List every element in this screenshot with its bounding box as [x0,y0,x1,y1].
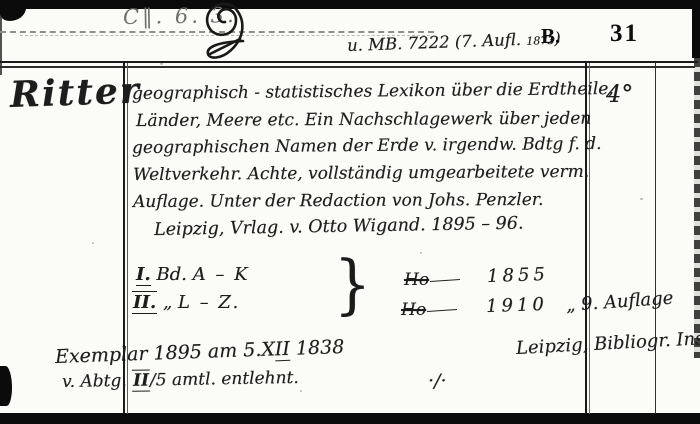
edition-token: Ho [404,270,429,290]
paper-speck [92,242,94,244]
volume-label: Bd. [156,264,186,285]
volume-row-1: I. Bd. A – K [136,264,250,285]
scan-edge-top [0,0,700,9]
flourish-stamp-icon [196,1,250,63]
scan-edge-right [694,58,700,358]
withdrawn-note: v. Abtg. II/5 amtl. entlehnt. [62,368,299,392]
series-letter: B. [541,24,560,49]
description-line: Weltverkehr. Achte, vollständig umgearbe… [133,162,589,185]
header-rule-upper [0,61,698,63]
catalog-card-scan: C‖. 6. 3. u. MB. 7222 (7. Aufl. 1873) B.… [0,0,700,424]
accession-note-text: u. MB. 7222 (7. Aufl. [347,30,522,55]
scan-blot-top-left [0,0,26,21]
volume-row-2: II. „ L – Z. [132,292,240,313]
scan-edge-bottom [0,413,700,424]
header-rule-lower [0,66,695,68]
volume-range: L – Z. [178,292,240,313]
publisher-note: Leipzig, Bibliogr. Inst. [515,327,700,359]
edition-year: 1910 [486,294,549,317]
volume-numeral: I. [136,264,151,286]
volume-range: A – K [193,264,250,285]
page-number: 31 [610,20,639,48]
edition-note: „ 9. Auflage [565,288,674,316]
paper-speck [300,390,302,392]
exemplar-text: Exemplar 1895 am 5.X [55,338,276,368]
strike-flourish-line [430,279,460,282]
edition-row-2: Ho [401,300,457,320]
strike-flourish-line [427,309,457,312]
exemplar-note: Exemplar 1895 am 5.XII 1838 [55,336,345,368]
scan-edge-right-top [692,0,700,58]
withdrawn-text: v. Abtg. [62,371,132,392]
description-line: Auflage. Unter der Redaction von Johs. P… [133,190,544,212]
right-column-divider [655,63,657,414]
edition-year: 1855 [487,264,550,287]
exemplar-year: 1838 [289,336,344,360]
scan-blot-bottom-left [0,366,12,406]
description-line: Länder, Meere etc. Ein Nachschlagewerk ü… [136,109,591,131]
description-line: geographischen Namen der Erde v. irgendw… [132,134,602,158]
description-line: geographisch - statistisches Lexikon übe… [132,79,614,104]
edition-row-1: Ho [404,270,460,290]
paper-speck [640,198,643,200]
edition-token: Ho [401,300,426,320]
volume-label: „ [163,292,172,313]
withdrawn-text-suffix: /5 amtl. entlehnt. [150,368,299,391]
entry-author: Ritter [9,69,141,116]
paper-speck [420,252,422,254]
exemplar-numeral: II [274,338,290,362]
check-mark: ·/· [428,370,446,392]
withdrawn-numeral: II [132,369,150,391]
volume-brace: } [334,246,371,322]
imprint-line: Leipzig, Vrlag. v. Otto Wigand. 1895 – 9… [154,214,524,240]
volume-numeral: II. [132,291,157,314]
